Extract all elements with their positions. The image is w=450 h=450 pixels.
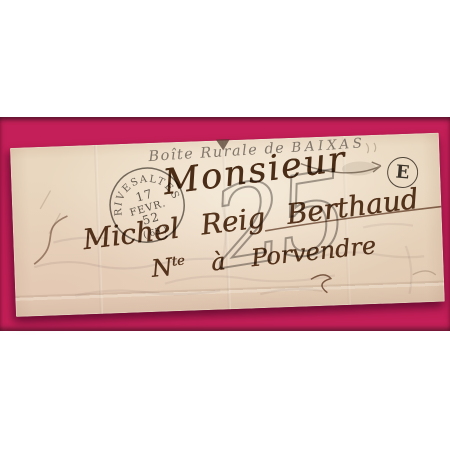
postal-cover: Boîte Rurale de BAIXAS E RIVESALTES 17 F…	[10, 133, 445, 317]
address-title-superscript: te	[171, 253, 185, 269]
address-title-initial: N	[150, 253, 174, 283]
paraph-flourish	[32, 216, 69, 264]
address-connector: à	[210, 247, 227, 276]
address-first-name: Michel	[81, 212, 181, 257]
pencil-smudge	[366, 143, 376, 153]
rural-box-letter: E	[395, 161, 410, 183]
photo-scene: Boîte Rurale de BAIXAS E RIVESALTES 17 F…	[0, 0, 450, 450]
